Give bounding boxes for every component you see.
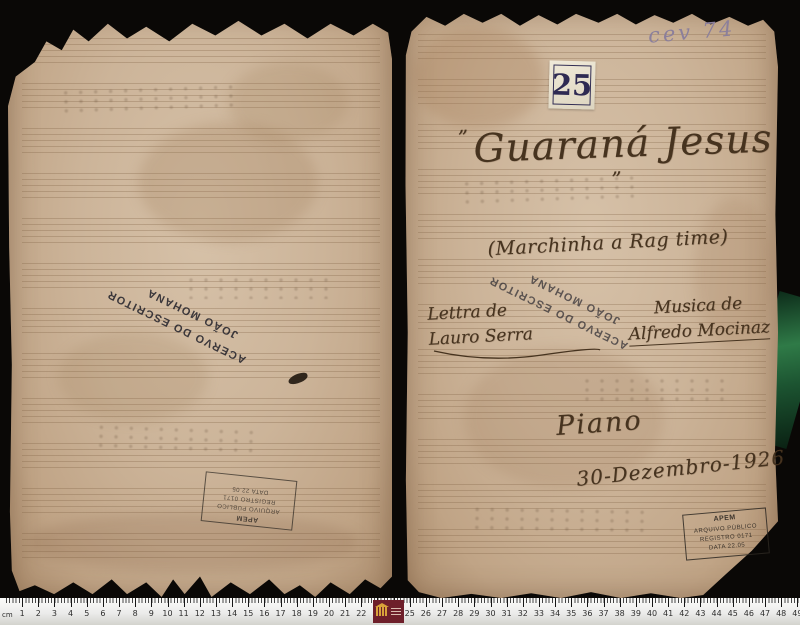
ruler-cm-tick (571, 598, 572, 607)
ruler-cm-number: 49 (789, 609, 800, 618)
close-quote: ” (611, 167, 622, 191)
ruler-cm-tick (119, 598, 120, 607)
ruler-cm-number: 8 (127, 609, 143, 618)
ruler-cm-tick (22, 598, 23, 607)
ruler-cm-number: 31 (499, 609, 515, 618)
ruler-cm-tick (700, 598, 701, 607)
ruler-cm-tick (168, 598, 169, 607)
ruler-cm-tick (264, 598, 265, 607)
ruler-cm-number: 38 (612, 609, 628, 618)
registration-stamp-right: APEM ARQUIVO PÚBLICO REGISTRO 0171 DATA … (682, 507, 770, 560)
ruler-cm-tick (200, 598, 201, 607)
ruler-cm-number: 44 (709, 609, 725, 618)
ruler-cm-tick (361, 598, 362, 607)
ruler-cm-number: 22 (353, 609, 369, 618)
ruler-cm-number: 40 (644, 609, 660, 618)
ruler-cm-number: 14 (224, 609, 240, 618)
ruler-cm-tick (151, 598, 152, 607)
ruler-cm-number: 43 (692, 609, 708, 618)
ruler-cm-tick (684, 598, 685, 607)
ruler-cm-number: 7 (111, 609, 127, 618)
ruler-cm-tick (87, 598, 88, 607)
ruler-cm-tick (781, 598, 782, 607)
ruler-cm-tick (555, 598, 556, 607)
ruler-cm-tick (345, 598, 346, 607)
ruler-cm-number: 41 (660, 609, 676, 618)
ruler-cm-number: 20 (321, 609, 337, 618)
ruler-cm-number: 37 (596, 609, 612, 618)
ruler-cm-number: 19 (305, 609, 321, 618)
archive-logo (373, 600, 404, 623)
ruler-cm-number: 18 (289, 609, 305, 618)
ruler-cm-number: 5 (79, 609, 95, 618)
ruler-cm-tick (523, 598, 524, 607)
ruler-cm-tick (281, 598, 282, 607)
ruler-cm-number: 26 (418, 609, 434, 618)
open-quote: ” (457, 125, 468, 149)
ruler-cm-number: 12 (192, 609, 208, 618)
instrument: Piano (555, 405, 643, 442)
ruler-cm-number: 10 (160, 609, 176, 618)
ruler-cm-number: 35 (563, 609, 579, 618)
ruler-cm-tick (491, 598, 492, 607)
ghost-notation (474, 506, 654, 533)
ruler-cm-tick (733, 598, 734, 607)
ruler-cm-tick (410, 598, 411, 607)
ruler-cm-tick (103, 598, 104, 607)
ruler-cm-tick (442, 598, 443, 607)
ruler-cm-number: 46 (741, 609, 757, 618)
ruler-cm-number: 21 (337, 609, 353, 618)
ruler-cm-tick (458, 598, 459, 607)
ruler-cm-tick (587, 598, 588, 607)
ruler-cm-number: 39 (628, 609, 644, 618)
ruler-cm-tick (668, 598, 669, 607)
paper-stain (58, 332, 208, 422)
ruler-cm-number: 13 (208, 609, 224, 618)
ruler-cm-number: 29 (466, 609, 482, 618)
ruler-cm-tick (539, 598, 540, 607)
ruler-cm-number: 3 (46, 609, 62, 618)
ghost-notation (188, 277, 338, 299)
ruler-cm-tick (797, 598, 798, 607)
ruler-cm-number: 25 (402, 609, 418, 618)
ruler-cm-number: 34 (547, 609, 563, 618)
building-icon (376, 607, 388, 616)
lyrics-credit: Lettra de Lauro Serra (427, 297, 534, 352)
ruler-cm-tick (248, 598, 249, 607)
catalog-number-label: 25 (548, 60, 595, 109)
ruler-cm-tick (216, 598, 217, 607)
paper-stain (28, 512, 358, 572)
ruler-cm-tick (426, 598, 427, 607)
title-block: ” Guaraná Jesus ” (454, 114, 779, 213)
ruler-cm-number: 27 (434, 609, 450, 618)
page-title: Guaraná Jesus (473, 117, 773, 172)
ruler-cm-tick (749, 598, 750, 607)
ruler-cm-number: 15 (240, 609, 256, 618)
ruler-cm-number: 6 (95, 609, 111, 618)
paper-stain (414, 28, 544, 128)
registration-stamp-left: APEM ARQUIVO PÚBLICO REGISTRO 0171 DATA … (201, 471, 298, 530)
ruler-cm-tick (765, 598, 766, 607)
ruler-cm-number: 45 (725, 609, 741, 618)
ruler-cm-number: 33 (531, 609, 547, 618)
ruler-cm-number: 11 (176, 609, 192, 618)
ruler-cm-number: 9 (143, 609, 159, 618)
ruler-cm-number: 32 (515, 609, 531, 618)
ruler-cm-tick (313, 598, 314, 607)
ruler-cm-number: 30 (483, 609, 499, 618)
ruler-cm-tick (297, 598, 298, 607)
ruler-cm-tick (652, 598, 653, 607)
ruler-cm-tick (232, 598, 233, 607)
ruler-cm-number: 2 (30, 609, 46, 618)
ghost-notation (584, 378, 734, 404)
scanned-manuscript: cev 74 25 ” Guaraná Jesus ” (Marchinha a… (0, 0, 800, 625)
ruler-cm-tick (507, 598, 508, 607)
ruler-cm-tick (474, 598, 475, 607)
ruler-cm-number: 42 (676, 609, 692, 618)
ruler-cm-number: 17 (273, 609, 289, 618)
logo-text-lines (391, 608, 401, 615)
ruler-cm-tick (636, 598, 637, 607)
ruler-cm-number: 48 (773, 609, 789, 618)
ruler-cm-number: 28 (450, 609, 466, 618)
ruler-cm-tick (184, 598, 185, 607)
ruler-cm-tick (620, 598, 621, 607)
ruler-cm-tick (717, 598, 718, 607)
ruler-cm-number: 1 (14, 609, 30, 618)
paper-stain (228, 62, 348, 142)
ruler-cm-number: 4 (63, 609, 79, 618)
ruler-cm-tick (71, 598, 72, 607)
ruler-cm-tick (604, 598, 605, 607)
ruler-unit: cm (2, 611, 13, 619)
ruler-cm-number: 36 (579, 609, 595, 618)
catalog-number: 25 (552, 65, 591, 106)
signature-flourish (432, 346, 602, 364)
ruler-cm-tick (54, 598, 55, 607)
ruler-cm-number: 16 (256, 609, 272, 618)
music-credit: Musica de Alfredo Mocinaz (627, 290, 771, 347)
ruler-cm-tick (329, 598, 330, 607)
ruler-cm-tick (38, 598, 39, 607)
ruler-cm-number: 47 (757, 609, 773, 618)
ruler-cm-tick (135, 598, 136, 607)
